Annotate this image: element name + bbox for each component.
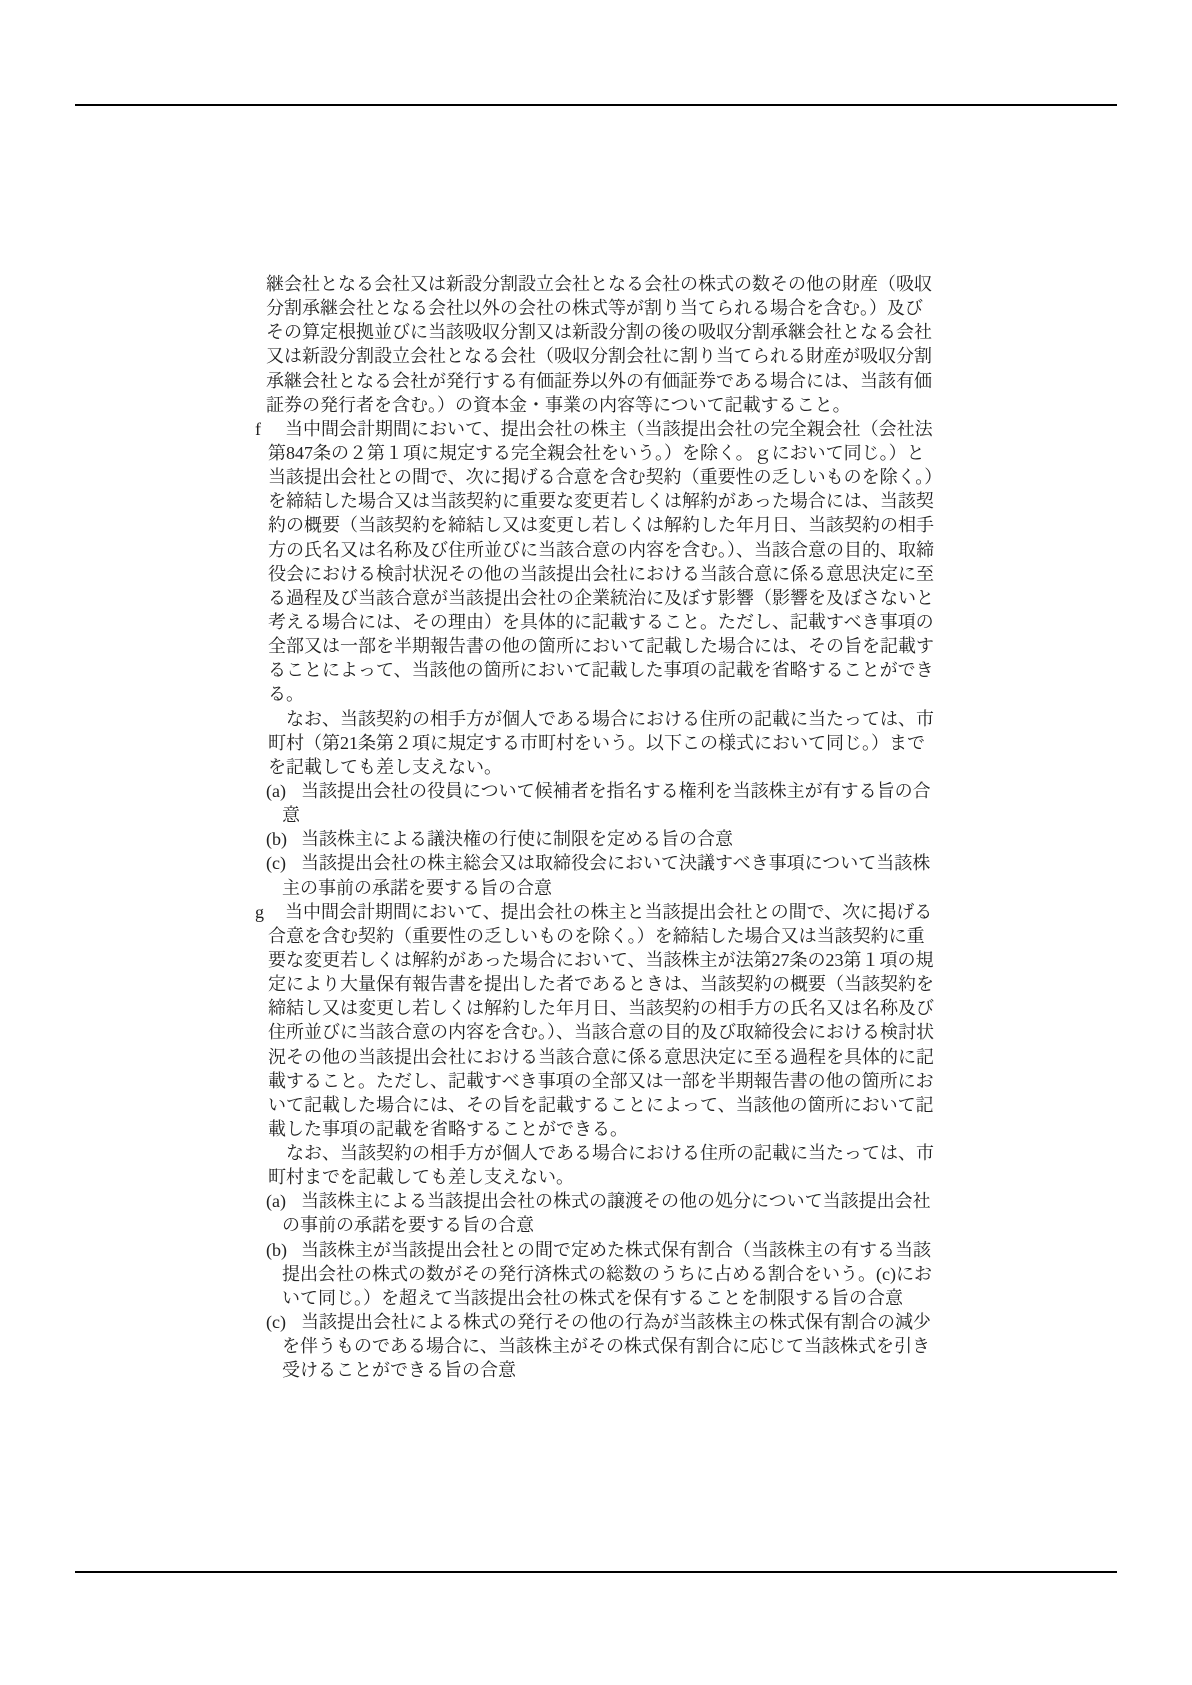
line-text: 定により大量保有報告書を提出した者であるときは、当該契約の概要（当該契約を [268,974,934,994]
document-page: 継会社となる会社又は新設分割設立会社となる会社の株式の数その他の財産（吸収分割承… [0,0,1192,1685]
text-line: (a)当該株主による当該提出会社の株式の譲渡その他の処分について当該提出会社 [255,1189,955,1213]
line-text: 要な変更若しくは解約があった場合において、当該株主が法第27条の23第１項の規 [268,950,933,970]
text-line: (c)当該提出会社による株式の発行その他の行為が当該株主の株式保有割合の減少 [255,1310,955,1334]
line-text: 証券の発行者を含む。）の資本金・事業の内容等について記載すること。 [266,395,851,415]
line-text: 合意を含む契約（重要性の乏しいものを除く。）を締結した場合又は当該契約に重 [268,926,925,946]
line-text: 全部又は一部を半期報告書の他の箇所において記載した場合には、その旨を記載す [268,636,934,656]
line-text: なお、当該契約の相手方が個人である場合における住所の記載に当たっては、市 [286,1143,934,1163]
line-text: 提出会社の株式の数がその発行済株式の総数のうちに占める割合をいう。(c)にお [282,1264,932,1284]
list-marker: (c) [266,1310,301,1334]
line-text: 主の事前の承諾を要する旨の合意 [282,878,552,898]
text-line: 町村（第21条第２項に規定する市町村をいう。以下この様式において同じ。）まで [255,731,955,755]
line-text: 又は新設分割設立会社となる会社（吸収分割会社に割り当てられる財産が吸収分割 [266,346,932,366]
text-line: 約の概要（当該契約を締結し又は変更し若しくは解約した年月日、当該契約の相手 [255,513,955,537]
text-line: (b)当該株主が当該提出会社との間で定めた株式保有割合（当該株主の有する当該 [255,1238,955,1262]
text-line: その算定根拠並びに当該吸収分割又は新設分割の後の吸収分割承継会社となる会社 [255,320,955,344]
text-line: 合意を含む契約（重要性の乏しいものを除く。）を締結した場合又は当該契約に重 [255,924,955,948]
list-marker: (b) [266,1238,301,1262]
text-line: の事前の承諾を要する旨の合意 [255,1213,955,1237]
line-text: 当該提出会社の株主総会又は取締役会において決議すべき事項について当該株 [301,853,930,873]
text-line: 役会における検討状況その他の当該提出会社における当該合意に係る意思決定に至 [255,562,955,586]
line-text: を締結した場合又は当該契約に重要な変更若しくは解約があった場合には、当該契 [268,491,934,511]
line-text: 分割承継会社となる会社以外の会社の株式等が割り当てられる場合を含む。）及び [266,298,923,318]
line-text: 考える場合には、その理由）を具体的に記載すること。ただし、記載すべき事項の [268,612,934,632]
line-text: 町村までを記載しても差し支えない。 [268,1167,574,1187]
text-line: 提出会社の株式の数がその発行済株式の総数のうちに占める割合をいう。(c)にお [255,1262,955,1286]
line-text: なお、当該契約の相手方が個人である場合における住所の記載に当たっては、市 [286,709,934,729]
text-line: 方の氏名又は名称及び住所並びに当該合意の内容を含む。）、当該合意の目的、取締 [255,538,955,562]
text-line: いて同じ。）を超えて当該提出会社の株式を保有することを制限する旨の合意 [255,1286,955,1310]
list-marker: (c) [266,851,301,875]
text-line: る。 [255,682,955,706]
text-line: 継会社となる会社又は新設分割設立会社となる会社の株式の数その他の財産（吸収 [255,272,955,296]
line-text: 方の氏名又は名称及び住所並びに当該合意の内容を含む。）、当該合意の目的、取締 [268,540,934,560]
line-text: いて同じ。）を超えて当該提出会社の株式を保有することを制限する旨の合意 [282,1288,903,1308]
text-line: 又は新設分割設立会社となる会社（吸収分割会社に割り当てられる財産が吸収分割 [255,344,955,368]
text-line: (b)当該株主による議決権の行使に制限を定める旨の合意 [255,827,955,851]
text-line: 全部又は一部を半期報告書の他の箇所において記載した場合には、その旨を記載す [255,634,955,658]
text-line: 考える場合には、その理由）を具体的に記載すること。ただし、記載すべき事項の [255,610,955,634]
line-text: 当該提出会社による株式の発行その他の行為が当該株主の株式保有割合の減少 [301,1312,931,1332]
list-marker: (a) [266,1189,301,1213]
text-line: 分割承継会社となる会社以外の会社の株式等が割り当てられる場合を含む。）及び [255,296,955,320]
text-line: 要な変更若しくは解約があった場合において、当該株主が法第27条の23第１項の規 [255,948,955,972]
line-text: 当該提出会社との間で、次に掲げる合意を含む契約（重要性の乏しいものを除く。） [268,467,942,487]
line-text: 役会における検討状況その他の当該提出会社における当該合意に係る意思決定に至 [268,564,934,584]
text-line: 承継会社となる会社が発行する有価証券以外の有価証券である場合には、当該有価 [255,369,955,393]
line-text: いて記載した場合には、その旨を記載することによって、当該他の箇所において記 [268,1095,934,1115]
line-text: その算定根拠並びに当該吸収分割又は新設分割の後の吸収分割承継会社となる会社 [266,322,932,342]
text-line: 証券の発行者を含む。）の資本金・事業の内容等について記載すること。 [255,393,955,417]
line-text: 当中間会計期間において、提出会社の株主と当該提出会社との間で、次に掲げる [285,902,932,922]
text-line: 町村までを記載しても差し支えない。 [255,1165,955,1189]
text-line: 意 [255,803,955,827]
text-line: る過程及び当該合意が当該提出会社の企業統治に及ぼす影響（影響を及ぼさないと [255,586,955,610]
text-line: 定により大量保有報告書を提出した者であるときは、当該契約の概要（当該契約を [255,972,955,996]
page-text: 継会社となる会社又は新設分割設立会社となる会社の株式の数その他の財産（吸収分割承… [255,272,955,1382]
top-rule [75,104,1117,106]
text-line: を締結した場合又は当該契約に重要な変更若しくは解約があった場合には、当該契 [255,489,955,513]
line-text: の事前の承諾を要する旨の合意 [282,1215,534,1235]
text-line: なお、当該契約の相手方が個人である場合における住所の記載に当たっては、市 [255,707,955,731]
line-text: 載すること。ただし、記載すべき事項の全部又は一部を半期報告書の他の箇所にお [268,1071,934,1091]
line-text: 況その他の当該提出会社における当該合意に係る意思決定に至る過程を具体的に記 [268,1047,934,1067]
text-line: 締結し又は変更し若しくは解約した年月日、当該契約の相手方の氏名又は名称及び [255,996,955,1020]
list-marker: (a) [266,779,301,803]
line-text: 第847条の２第１項に規定する完全親会社をいう。）を除く。ｇにおいて同じ。）と [268,443,925,463]
text-line: 当該提出会社との間で、次に掲げる合意を含む契約（重要性の乏しいものを除く。） [255,465,955,489]
text-line: いて記載した場合には、その旨を記載することによって、当該他の箇所において記 [255,1093,955,1117]
text-line: を記載しても差し支えない。 [255,755,955,779]
line-text: 当該株主による議決権の行使に制限を定める旨の合意 [301,829,733,849]
line-text: 当中間会計期間において、提出会社の株主（当該提出会社の完全親会社（会社法 [285,419,933,439]
text-line: 受けることができる旨の合意 [255,1358,955,1382]
line-text: 意 [282,805,300,825]
line-text: 締結し又は変更し若しくは解約した年月日、当該契約の相手方の氏名又は名称及び [268,998,934,1018]
text-line: 載すること。ただし、記載すべき事項の全部又は一部を半期報告書の他の箇所にお [255,1069,955,1093]
line-text: 約の概要（当該契約を締結し又は変更し若しくは解約した年月日、当該契約の相手 [268,515,934,535]
text-line: を伴うものである場合に、当該株主がその株式保有割合に応じて当該株式を引き [255,1334,955,1358]
text-line: (c)当該提出会社の株主総会又は取締役会において決議すべき事項について当該株 [255,851,955,875]
text-line: 住所並びに当該合意の内容を含む。）、当該合意の目的及び取締役会における検討状 [255,1020,955,1044]
line-text: を伴うものである場合に、当該株主がその株式保有割合に応じて当該株式を引き [282,1336,930,1356]
line-text: 当該株主による当該提出会社の株式の譲渡その他の処分について当該提出会社 [301,1191,931,1211]
text-line: ることによって、当該他の箇所において記載した事項の記載を省略することができ [255,658,955,682]
line-text: を記載しても差し支えない。 [268,757,502,777]
list-marker: g [255,900,285,924]
line-text: 町村（第21条第２項に規定する市町村をいう。以下この様式において同じ。）まで [268,733,925,753]
line-text: る。 [268,684,304,704]
text-line: (a)当該提出会社の役員について候補者を指名する権利を当該株主が有する旨の合 [255,779,955,803]
line-text: 当該株主が当該提出会社との間で定めた株式保有割合（当該株主の有する当該 [301,1240,931,1260]
line-text: る過程及び当該合意が当該提出会社の企業統治に及ぼす影響（影響を及ぼさないと [268,588,934,608]
line-text: 承継会社となる会社が発行する有価証券以外の有価証券である場合には、当該有価 [266,371,932,391]
list-marker: (b) [266,827,301,851]
line-text: 受けることができる旨の合意 [282,1360,516,1380]
line-text: 継会社となる会社又は新設分割設立会社となる会社の株式の数その他の財産（吸収 [266,274,932,294]
text-line: g当中間会計期間において、提出会社の株主と当該提出会社との間で、次に掲げる [255,900,955,924]
line-text: 当該提出会社の役員について候補者を指名する権利を当該株主が有する旨の合 [301,781,931,801]
text-line: f当中間会計期間において、提出会社の株主（当該提出会社の完全親会社（会社法 [255,417,955,441]
list-marker: f [255,417,285,441]
line-text: ることによって、当該他の箇所において記載した事項の記載を省略することができ [268,660,934,680]
text-line: 第847条の２第１項に規定する完全親会社をいう。）を除く。ｇにおいて同じ。）と [255,441,955,465]
text-line: なお、当該契約の相手方が個人である場合における住所の記載に当たっては、市 [255,1141,955,1165]
bottom-rule [75,1571,1117,1573]
text-line: 主の事前の承諾を要する旨の合意 [255,876,955,900]
line-text: 住所並びに当該合意の内容を含む。）、当該合意の目的及び取締役会における検討状 [268,1022,934,1042]
text-line: 況その他の当該提出会社における当該合意に係る意思決定に至る過程を具体的に記 [255,1045,955,1069]
text-line: 載した事項の記載を省略することができる。 [255,1117,955,1141]
line-text: 載した事項の記載を省略することができる。 [268,1119,628,1139]
